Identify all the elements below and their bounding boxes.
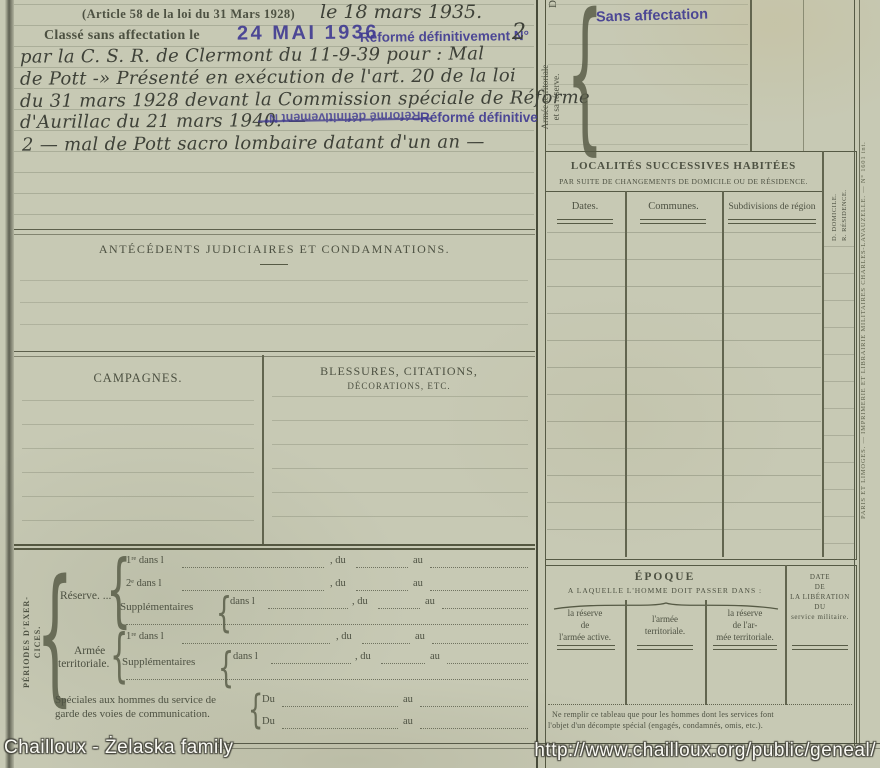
periodes-side-label-line1: PÉRIODES D'EXER- [21, 577, 32, 707]
thick-rule [14, 544, 535, 552]
reforme-number-handwritten: 2 [512, 20, 526, 45]
localites-col-subdivisions: Subdivisions de région [722, 202, 822, 212]
domicile-residence-labels: D. DOMICILE. R. RÉSIDENCE. [824, 153, 855, 241]
section-rule [14, 229, 535, 235]
fill-line [126, 624, 528, 625]
header-underline [637, 645, 693, 650]
ruled-lines-antecedents [20, 280, 528, 346]
handwriting-line: du 31 mars 1928 devant la Commission spé… [20, 87, 590, 112]
col-header-line: de [545, 619, 625, 631]
book-binding-edge [5, 0, 14, 768]
campagnes-title: CAMPAGNES. [14, 371, 262, 386]
reforme-stamp-clipped: Réformé définitivem [420, 110, 537, 125]
epoque-body-bottom-rule [548, 704, 852, 705]
du-label: , du [330, 555, 346, 566]
header-underline [728, 219, 816, 224]
col-header-line: l'armée active. [545, 631, 625, 643]
article-date-handwritten: le 18 mars 1935. [320, 1, 482, 23]
localites-col-dates: Dates. [545, 201, 625, 212]
header-underline [792, 645, 848, 650]
fill-line [356, 590, 408, 591]
epoque-subtitle: A LAQUELLE L'HOMME DOIT PASSER DANS : [545, 586, 785, 595]
du-label: , du [352, 596, 368, 607]
sans-affectation-stamp: Sans affectation [596, 7, 708, 26]
top-right-column-line2 [803, 0, 804, 151]
speciales-label-line2: garde des voies de communication. [55, 708, 210, 720]
fill-line [381, 663, 425, 664]
fill-line [430, 590, 528, 591]
date-col-line: DU [785, 602, 855, 612]
article-heading: (Article 58 de la loi du 31 Mars 1928) [82, 7, 295, 22]
row-label: 1ʳᵉ dans l [126, 555, 164, 566]
col-header-line: l'armée [625, 613, 705, 625]
struck-inverted-stamp: Réformé définitivement N° [264, 109, 421, 126]
au-label: au [430, 651, 440, 662]
fill-line [282, 706, 398, 707]
col-header-line: la réserve [545, 607, 625, 619]
reserve-label: Réserve. ... [60, 590, 111, 602]
header-underline [713, 645, 777, 650]
handwriting-line: de Pott -» Présenté en exécution de l'ar… [20, 65, 516, 89]
date-col-line: DE [785, 582, 855, 592]
antecedents-underline [260, 264, 288, 265]
printer-imprint: PARIS ET LIMOGES. — IMPRIMERIE ET LIBRAI… [860, 80, 875, 580]
epoque-note-line2: l'objet d'un décompte spécial (engagés, … [548, 721, 846, 730]
armee-territoriale-side-label: Armée territoriale et sa réserve. [540, 52, 564, 142]
antecedents-title: ANTÉCÉDENTS JUDICIAIRES ET CONDAMNATIONS… [14, 242, 535, 257]
au-label: au [413, 555, 423, 566]
au-label: au [403, 694, 413, 705]
Du-label: Du [262, 694, 275, 705]
fill-line [271, 663, 351, 664]
armee-label-line2: territoriale. [58, 658, 109, 670]
date-col-line: LA LIBÉRATION [785, 592, 855, 602]
fill-line [282, 728, 398, 729]
dans-l-label: dans l [230, 596, 255, 607]
supplementaires-label: Supplémentaires [120, 601, 193, 613]
col-residence-label: R. RÉSIDENCE. [841, 153, 848, 241]
fill-line [420, 728, 528, 729]
speciales-label-line1: Spéciales aux hommes du service de [55, 694, 216, 706]
localites-body-rules [547, 232, 821, 556]
handwriting-line: 2 — mal de Pott sacro lombaire datant d'… [22, 131, 485, 155]
date-stamp: 24 MAI 1936 [237, 21, 379, 45]
localites-title: LOCALITÉS SUCCESSIVES HABITÉES [545, 160, 822, 172]
fill-line [356, 567, 408, 568]
campagnes-rules [22, 400, 254, 540]
handwriting-line: par la C. S. R. de Clermont du 11-9-39 p… [20, 43, 484, 67]
scanned-military-record: (Article 58 de la loi du 31 Mars 1928) l… [0, 0, 880, 768]
dans-l-label: dans l [233, 651, 258, 662]
col-header-line: la réserve [705, 607, 785, 619]
fill-line [378, 608, 420, 609]
epoque-vline [625, 600, 627, 705]
epoque-note-line1: Ne remplir ce tableau que pour les homme… [552, 710, 850, 719]
fill-line [182, 590, 324, 591]
supplementaires-label: Supplémentaires [122, 656, 195, 668]
du-label: , du [355, 651, 371, 662]
epoque-date-col: DATE DE LA LIBÉRATION DU service militai… [785, 572, 855, 622]
fill-line [182, 567, 324, 568]
row-label: 2ᵉ dans l [126, 578, 161, 589]
fill-line [126, 679, 528, 680]
date-col-line: service militaire. [785, 612, 855, 622]
epoque-col2-header: l'armée territoriale. [625, 613, 705, 637]
epoque-title: ÉPOQUE [545, 571, 785, 583]
au-label: au [415, 631, 425, 642]
localites-dr-rules [824, 246, 854, 556]
fill-line [447, 663, 528, 664]
watermark-family: Chailloux - Żelaska family [4, 737, 233, 759]
cut-vertical-letter: D [547, 0, 559, 8]
localites-title-rule [545, 191, 822, 192]
du-label: , du [336, 631, 352, 642]
side-label-line2: et sa réserve. [551, 52, 562, 142]
periodes-outer-brace: { [36, 560, 74, 708]
col-header-line: mée territoriale. [705, 631, 785, 643]
epoque-col1-header: la réserve de l'armée active. [545, 607, 625, 643]
armee-label-line1: Armée [74, 645, 105, 657]
side-label-line1: Armée territoriale [540, 52, 551, 142]
fill-line [182, 643, 330, 644]
fill-line [430, 567, 528, 568]
au-label: au [413, 578, 423, 589]
reforme-definitivement-stamp: Réformé définitivement N° [360, 28, 529, 45]
supplementaires-brace: { [218, 647, 234, 689]
fill-line [420, 706, 528, 707]
au-label: au [425, 596, 435, 607]
col-header-line: de l'ar- [705, 619, 785, 631]
Du-label: Du [262, 716, 275, 727]
top-right-column-line [750, 0, 752, 151]
fill-line [268, 608, 348, 609]
du-label: , du [330, 578, 346, 589]
blessures-rules [272, 396, 528, 540]
speciales-brace: { [248, 690, 263, 730]
header-underline [640, 219, 706, 224]
col-header-line: territoriale. [625, 625, 705, 637]
header-underline [557, 645, 615, 650]
col-domicile-label: D. DOMICILE. [831, 153, 838, 241]
section-rule [14, 351, 535, 357]
fill-line [362, 643, 410, 644]
epoque-vline [705, 600, 707, 705]
date-col-line: DATE [785, 572, 855, 582]
classe-sans-affectation-label: Classé sans affectation le [44, 28, 200, 44]
row-label: 1ʳᵉ dans l [126, 631, 164, 642]
header-underline [557, 219, 613, 224]
au-label: au [403, 716, 413, 727]
watermark-url: http://www.chailloux.org/public/geneal/ [534, 740, 876, 762]
epoque-col3-header: la réserve de l'ar- mée territoriale. [705, 607, 785, 643]
fill-line [432, 643, 528, 644]
blessures-subtitle: DÉCORATIONS, ETC. [264, 381, 534, 391]
blessures-title: BLESSURES, CITATIONS, [264, 364, 534, 379]
fill-line [442, 608, 528, 609]
localites-subtitle: PAR SUITE DE CHANGEMENTS DE DOMICILE OU … [545, 177, 822, 186]
localites-col-communes: Communes. [625, 201, 722, 212]
